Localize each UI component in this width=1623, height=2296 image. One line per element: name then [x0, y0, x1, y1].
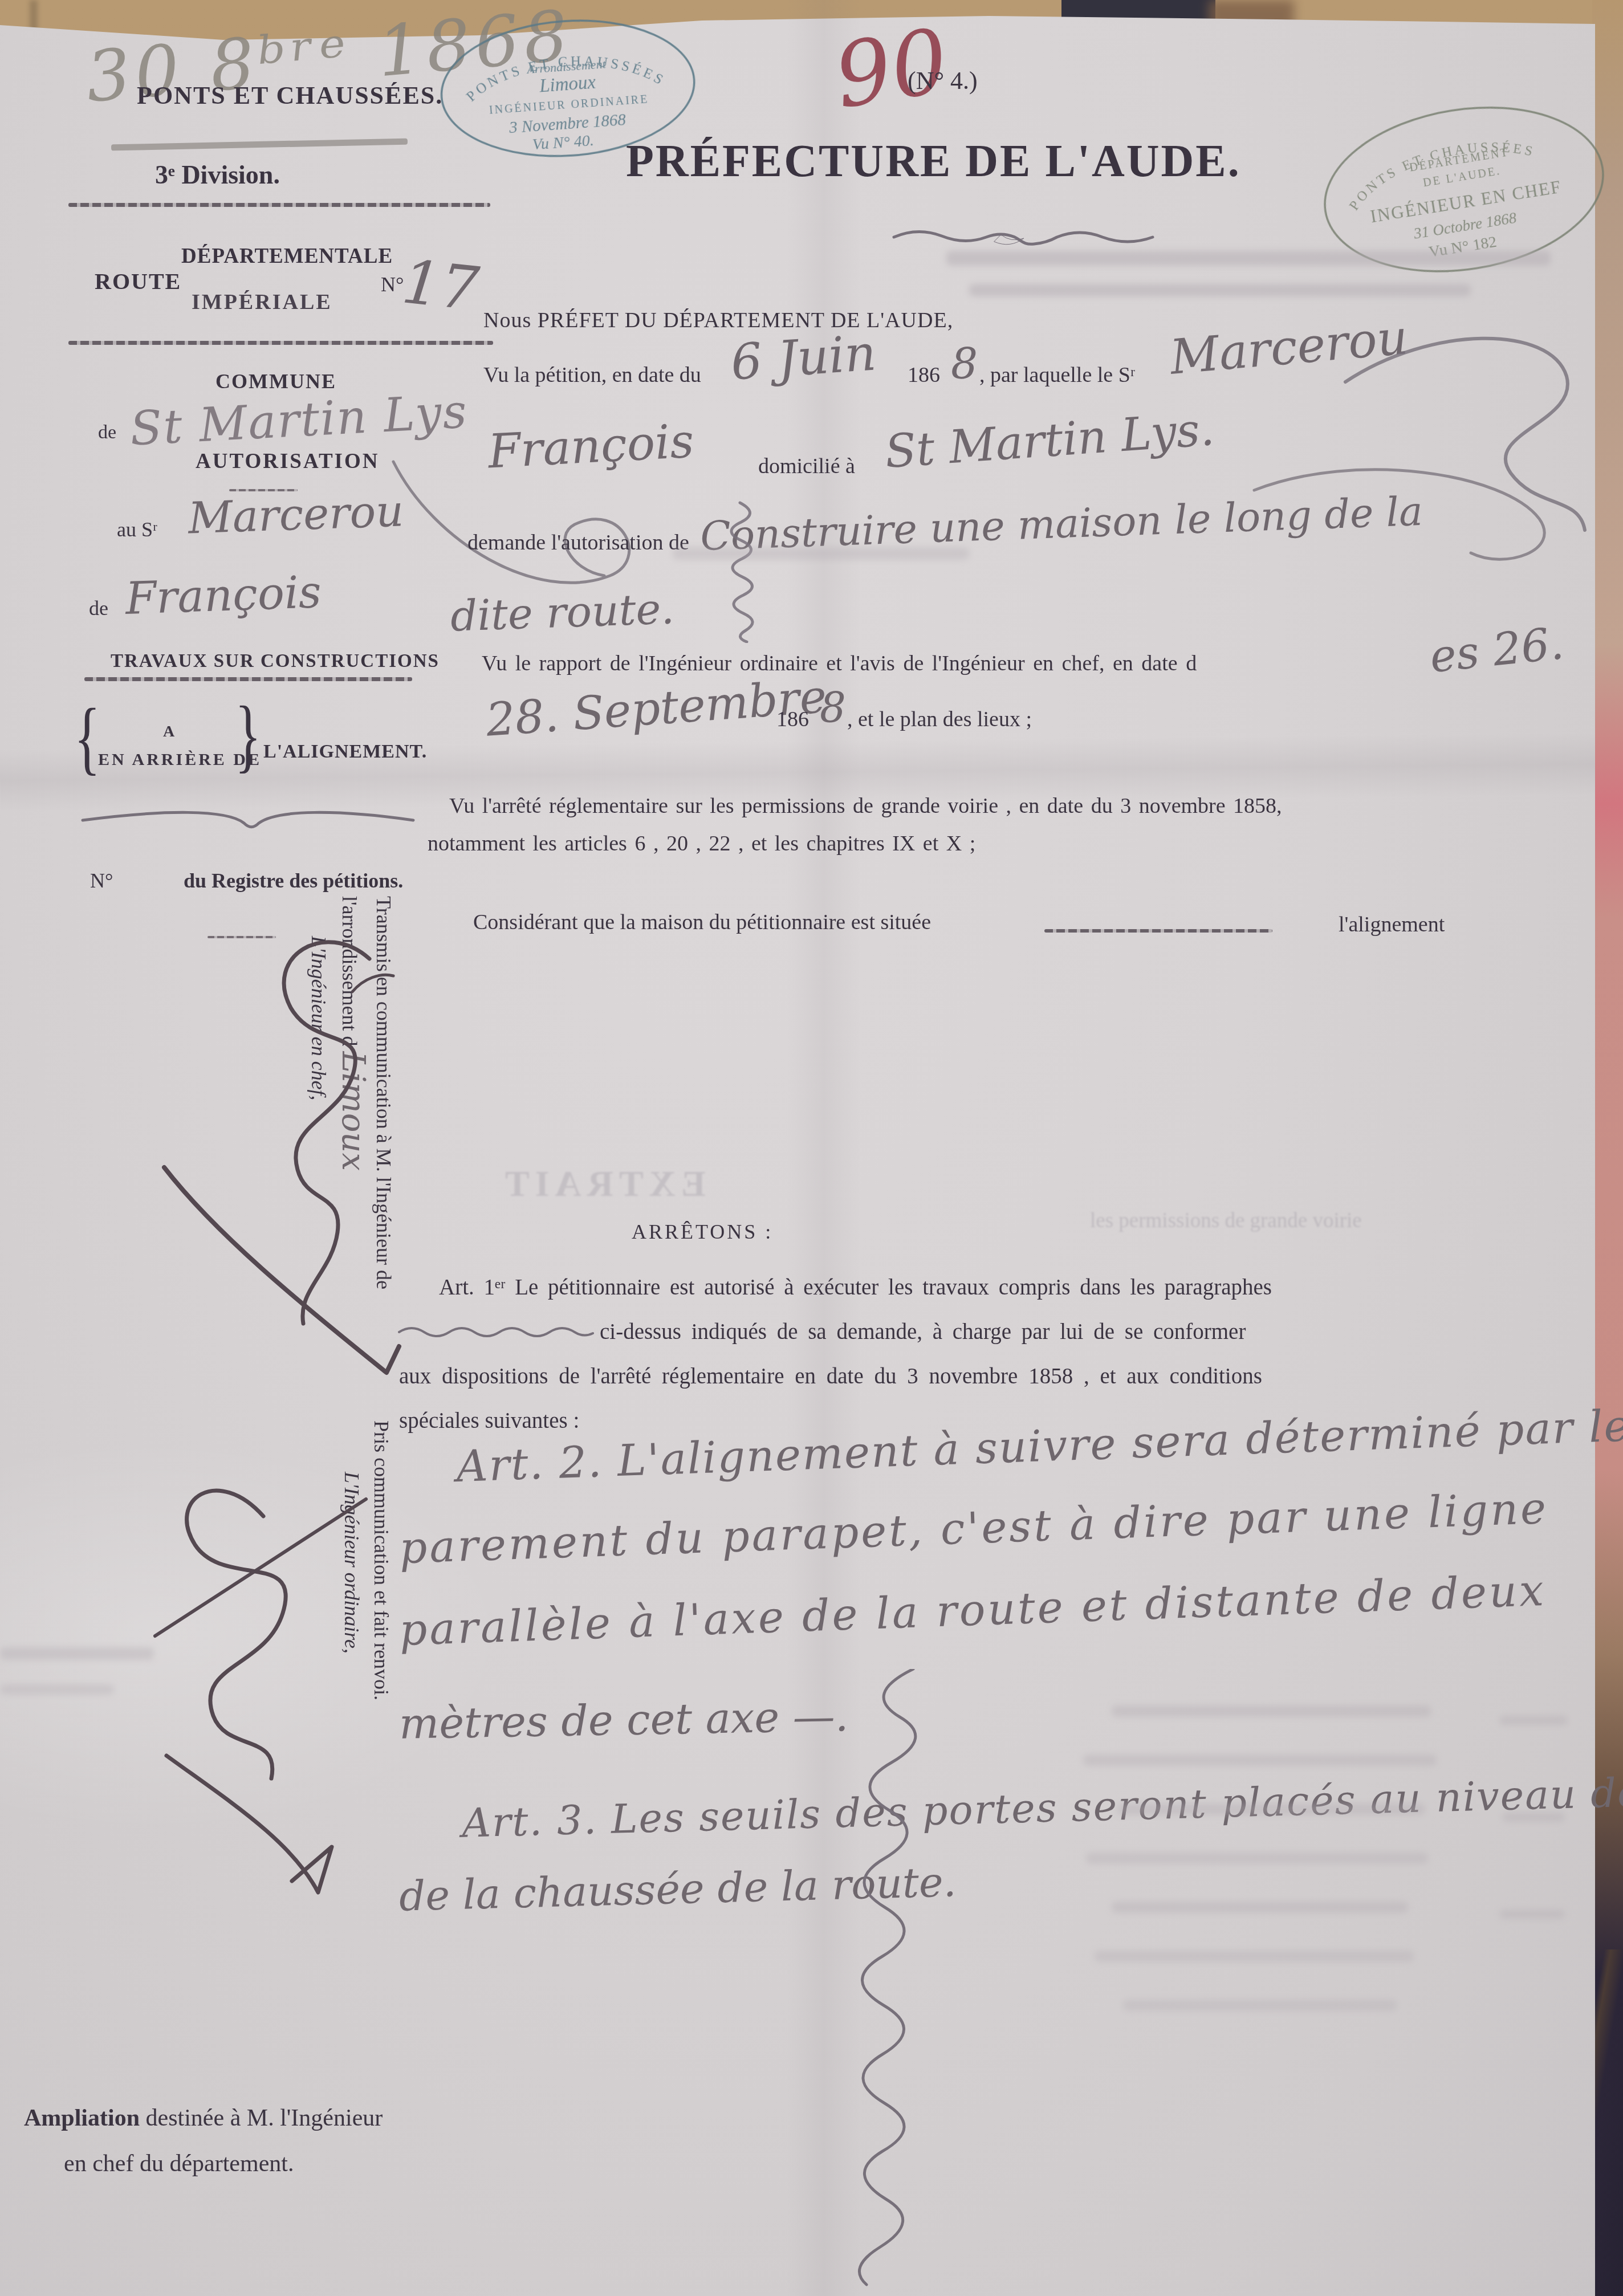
ampliation-bold: Ampliation	[24, 2105, 140, 2131]
rapport-year-printed: 186	[776, 707, 809, 732]
demande-label: demande l'autorisation de	[467, 530, 689, 555]
salutation-line: Nous PRÉFET DU DÉPARTEMENT DE L'AUDE,	[483, 308, 953, 333]
de-label: de	[89, 596, 108, 620]
autorisation-label: AUTORISATION	[196, 449, 379, 474]
commune-label: COMMUNE	[215, 369, 336, 393]
header-rule	[68, 203, 490, 207]
travaux-label: TRAVAUX SUR CONSTRUCTIONS	[111, 651, 440, 672]
ampliation-rest: destinée à M. l'Ingénieur	[140, 2105, 383, 2131]
ampliation-line-2: en chef du département.	[64, 2150, 294, 2177]
route-rule-bottom	[68, 341, 493, 345]
petition-year-handwritten: 8	[951, 340, 978, 389]
arrete-line-1: Vu l'arrêté réglementaire sur les permis…	[449, 793, 1282, 819]
registre-label: du Registre des pétitions.	[184, 869, 403, 893]
small-vertical-squiggle	[706, 500, 757, 643]
route-number-value-handwritten: 17	[399, 247, 482, 324]
route-label: ROUTE	[95, 268, 181, 295]
domicile-label: domicilié à	[758, 454, 855, 479]
art1-line-1: Art. 1ᵉʳ Le pétitionnaire est autorisé à…	[439, 1275, 1272, 1300]
route-type-top-label: DÉPARTEMENTALE	[181, 244, 393, 268]
route-type-bottom-label: IMPÉRIALE	[192, 290, 332, 315]
title-flourish	[889, 223, 1157, 249]
svg-text:Vu N° 40.: Vu N° 40.	[532, 132, 595, 153]
bleedthrough-voirie: les permissions de grande voirie	[1090, 1208, 1362, 1233]
art1-filler-squiggle	[396, 1324, 596, 1341]
arrete-line-2: notamment les articles 6 , 20 , 22 , et …	[428, 831, 975, 856]
commune-de-label: de	[98, 422, 116, 443]
svg-text:Limoux: Limoux	[538, 72, 597, 97]
page-title: PRÉFECTURE DE L'AUDE.	[626, 136, 1241, 188]
art1-line-4: spéciales suivantes :	[399, 1408, 579, 1434]
ampliation-line-1: Ampliation destinée à M. l'Ingénieur	[24, 2104, 383, 2132]
brace-a-label: A	[163, 723, 174, 741]
considerant-alignement: l'alignement	[1339, 912, 1445, 937]
signature-ingenieur-en-chef	[154, 923, 416, 1391]
form-number: (N° 4.)	[908, 66, 978, 95]
art1-line-3: aux dispositions de l'arrêté réglementai…	[399, 1363, 1262, 1389]
art1-line-2: ci-dessus indiqués de sa demande, à char…	[600, 1319, 1246, 1345]
division-heading: 3ᵉ Division.	[155, 160, 280, 190]
arretons-heading: ARRÊTONS :	[632, 1220, 773, 1244]
rapport-line-1: Vu le rapport de l'Ingénieur ordinaire e…	[482, 651, 1197, 676]
de-value-handwritten: François	[125, 567, 323, 625]
rapport-year-handwritten: 8	[820, 684, 846, 732]
name-flourish	[1186, 302, 1608, 599]
autorisation-rule	[84, 677, 412, 681]
bleedthrough-extrait: EXTRAIT	[499, 1163, 706, 1205]
au-sr-value-handwritten: Marcerou	[188, 485, 405, 543]
rapport-line-2: , et le plan des lieux ;	[847, 707, 1032, 732]
page-filler-squiggle	[828, 1669, 953, 2296]
au-sr-label: au Sʳ	[117, 518, 157, 542]
petition-firstname-handwritten: François	[487, 414, 695, 479]
petition-date-handwritten: 6 Juin	[729, 324, 878, 392]
petition-line-2: , par laquelle le Sʳ	[979, 363, 1135, 388]
considerant-blank-dash	[1044, 929, 1272, 933]
demande-value-2-handwritten: dite route.	[450, 584, 675, 641]
alignement-brace-rule	[80, 806, 416, 834]
petition-year-printed: 186	[908, 363, 940, 388]
petition-line-1: Vu la pétition, en date du	[483, 363, 701, 388]
art2-line-4-handwritten: mètres de cet axe —.	[398, 1692, 849, 1749]
registre-no-label: N°	[90, 869, 113, 893]
route-number-label: N°	[381, 272, 404, 296]
brace-left: {	[74, 690, 100, 785]
considerant-line: Considérant que la maison du pétitionnai…	[473, 910, 931, 935]
alignement-label: L'ALIGNEMENT.	[263, 741, 427, 763]
service-heading: PONTS ET CHAUSSÉES.	[137, 81, 443, 110]
brace-right: }	[235, 687, 261, 783]
signature-ingenieur-ordinaire	[149, 1448, 389, 1915]
